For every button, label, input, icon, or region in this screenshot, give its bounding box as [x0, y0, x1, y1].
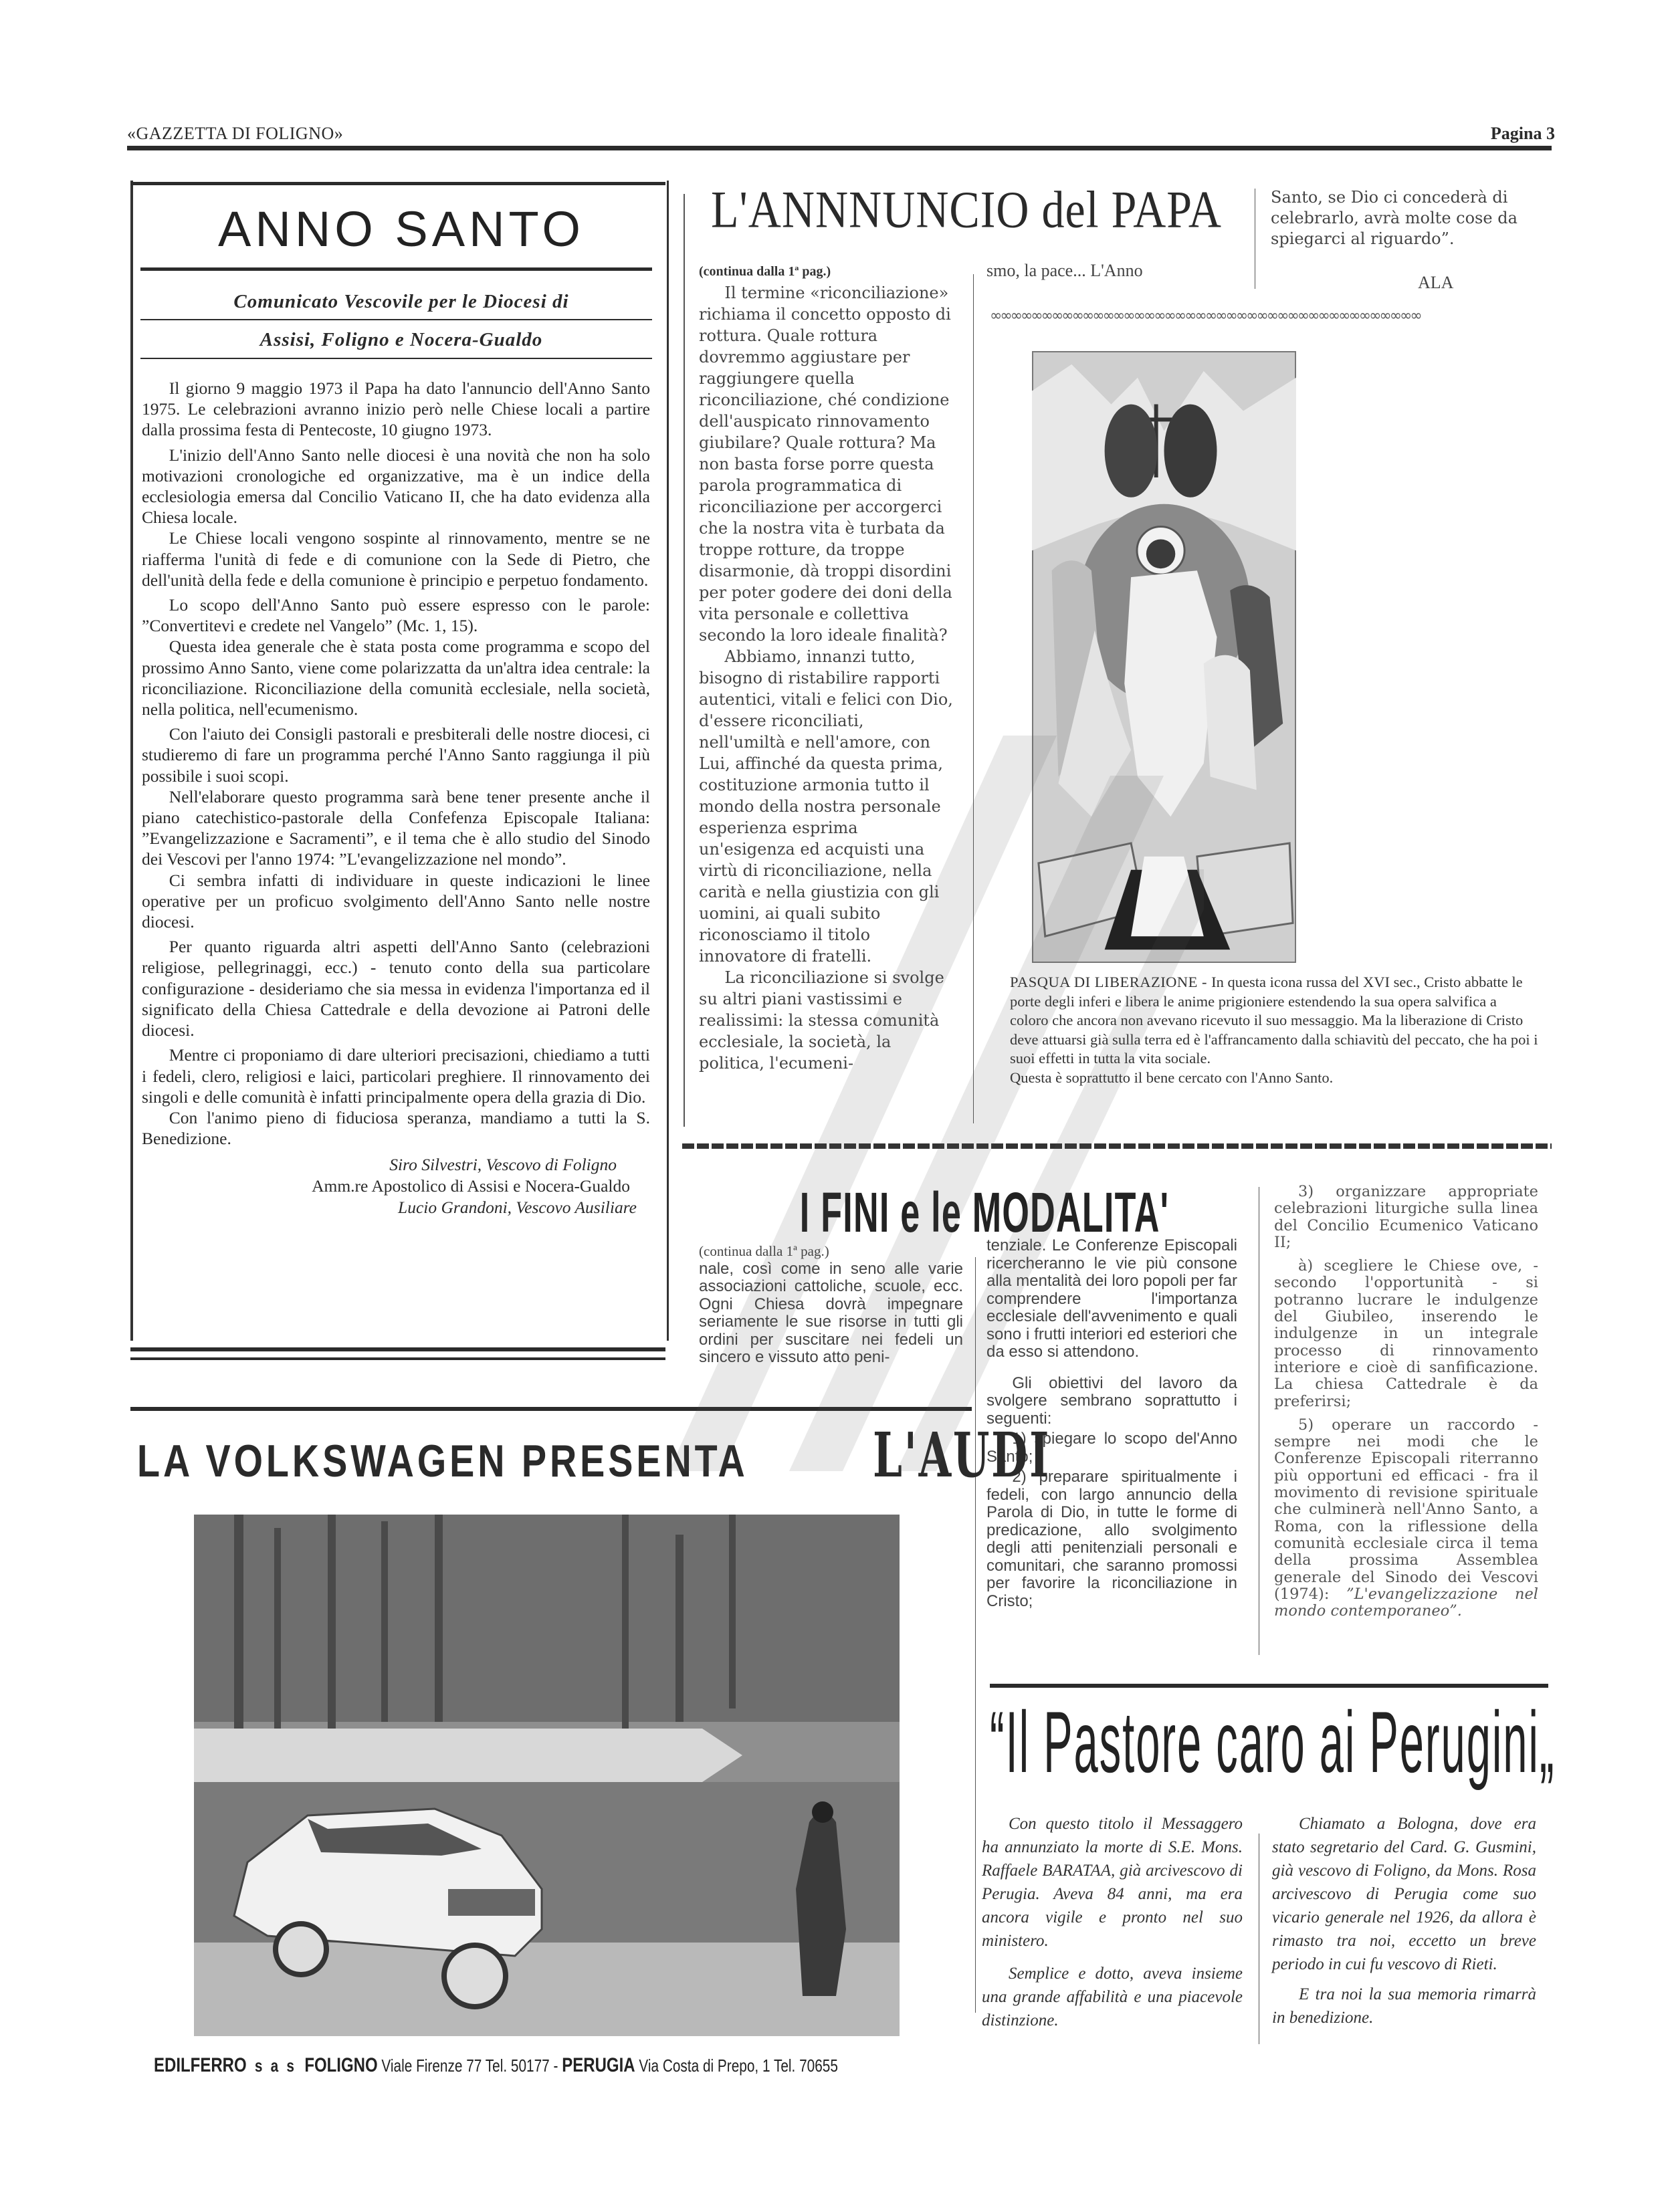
column-divider: [973, 274, 974, 1123]
paragraph: 3) organizzare appropriate celebrazioni …: [1274, 1184, 1538, 1251]
paragraph: Questa idea generale che è stata posta c…: [142, 636, 650, 720]
ad-headline: LA VOLKSWAGEN PRESENTA L'AUDI: [130, 1418, 973, 1491]
column-divider: [684, 194, 685, 1127]
paragraph: nale, così come in seno alle varie assoc…: [699, 1260, 963, 1367]
continued-note: (continua dalla 1ª pag.): [699, 1242, 963, 1260]
section-separator: [682, 1143, 1552, 1149]
paragraph: Per quanto riguarda altri aspetti dell'A…: [142, 936, 650, 1040]
anno-santo-subtitle-2: Assisi, Foligno e Nocera-Gualdo: [140, 329, 662, 351]
paragraph: La riconciliazione si svolge su altri pi…: [699, 967, 953, 1074]
header-rule: [127, 146, 1552, 150]
ad-top-rule: [130, 1357, 665, 1360]
dealer-name: EDILFERRO: [154, 2054, 247, 2076]
paragraph: à) scegliere le Chiese ove, - secondo l'…: [1274, 1258, 1538, 1410]
subtitle-rule-1: [140, 319, 652, 320]
chain-ornament-divider: ∞∞∞∞∞∞∞∞∞∞∞∞∞∞∞∞∞∞∞∞∞∞∞∞∞∞∞∞∞∞∞∞∞∞∞∞∞∞∞∞…: [990, 308, 1552, 321]
annuncio-column-1: (continua dalla 1ª pag.) Il termine «ric…: [699, 261, 953, 1074]
pastore-title: “Il Pastore caro ai Perugini„: [990, 1698, 1552, 1792]
pastore-top-rule: [990, 1684, 1548, 1688]
paragraph: Il termine «riconciliazione» richiama il…: [699, 282, 953, 646]
annuncio-title: L'ANNNUNCIO del PAPA: [689, 179, 1244, 240]
title-underline: [140, 267, 652, 271]
paragraph: L'inizio dell'Anno Santo nelle diocesi è…: [142, 445, 650, 528]
paragraph: Con l'animo pieno di fiduciosa speranza,…: [142, 1107, 650, 1149]
paragraph: Ci sembra infatti di individuare in ques…: [142, 870, 650, 933]
publication-name: «GAZZETTA DI FOLIGNO»: [127, 124, 343, 144]
dealer-address-2: Via Costa di Prepo, 1 Tel. 70655: [639, 2056, 838, 2076]
paragraph: E tra noi la sua memoria rimarrà in bene…: [1272, 1983, 1536, 2029]
column-divider: [1259, 1834, 1259, 2044]
paragraph: Abbiamo, innanzi tutto, bisogno di rista…: [699, 646, 953, 967]
ad-headline-part1: LA VOLKSWAGEN PRESENTA: [137, 1435, 748, 1487]
paragraph: Il giorno 9 maggio 1973 il Papa ha dato …: [142, 378, 650, 441]
dealer-city-1: FOLIGNO: [304, 2054, 377, 2076]
signature-1: Siro Silvestri, Vescovo di Foligno: [142, 1154, 650, 1176]
signature-2: Amm.re Apostolico di Assisi e Nocera-Gua…: [142, 1176, 650, 1197]
russian-icon-image: [1032, 351, 1296, 963]
anno-santo-title: ANNO SANTO: [140, 201, 662, 257]
box-bottom-rule: [130, 1347, 665, 1351]
paragraph: Semplice e dotto, aveva insieme una gran…: [982, 1962, 1243, 2032]
paragraph-text: 5) operare un raccordo - sempre nei modi…: [1274, 1416, 1538, 1603]
audi-car-photo: [194, 1515, 900, 2036]
paragraph: Nell'elaborare questo programma sarà ben…: [142, 786, 650, 870]
annuncio-column-2: smo, la pace... L'Anno: [986, 261, 1231, 281]
column-divider: [1255, 189, 1255, 289]
column-divider: [975, 1257, 976, 2013]
dealer-sas: s a s: [255, 2056, 296, 2076]
dealer-city-2: PERUGIA: [562, 2054, 635, 2076]
box-top-rule: [130, 182, 665, 185]
paragraph: Con questo titolo il Messaggero ha annun…: [982, 1812, 1243, 1953]
signature-3: Lucio Grandoni, Vescovo Ausiliare: [142, 1197, 650, 1218]
fini-column-3: 3) organizzare appropriate celebrazioni …: [1274, 1184, 1538, 1620]
ad-headline-part2: L'AUDI: [873, 1419, 1051, 1491]
caption-lead: PASQUA DI LIBERAZIONE -: [1010, 974, 1211, 990]
dealer-address-1: Viale Firenze 77 Tel. 50177 -: [381, 2056, 558, 2076]
author-initials: ALA: [1418, 273, 1453, 293]
anno-santo-subtitle-1: Comunicato Vescovile per le Diocesi di: [140, 291, 662, 313]
continued-note: (continua dalla 1ª pag.): [699, 261, 953, 282]
page-number: Pagina 3: [1491, 124, 1555, 144]
ad-rule: [130, 1407, 972, 1411]
paragraph: tenziale. Le Conferenze Episcopali ricer…: [986, 1237, 1237, 1361]
ad-dealer-footer: EDILFERRO s a s FOLIGNO Viale Firenze 77…: [154, 2054, 812, 2077]
paragraph: Chiamato a Bologna, dove era stato segre…: [1272, 1812, 1536, 1976]
pastore-headline: “Il Pastore caro ai Perugini„: [990, 1692, 1556, 1792]
pastore-column-2: Chiamato a Bologna, dove era stato segre…: [1272, 1812, 1536, 2029]
annuncio-column-3: Santo, se Dio ci concederà di celebrarlo…: [1271, 187, 1538, 249]
fini-title: I FINI e le MODALITA': [800, 1180, 1140, 1245]
paragraph: Mentre ci proponiamo di dare ulteriori p…: [142, 1044, 650, 1107]
paragraph: Lo scopo dell'Anno Santo può essere espr…: [142, 594, 650, 636]
fini-column-1: (continua dalla 1ª pag.) nale, così come…: [699, 1242, 963, 1367]
pastore-column-1: Con questo titolo il Messaggero ha annun…: [982, 1812, 1243, 2032]
icon-caption: PASQUA DI LIBERAZIONE - In questa icona …: [1010, 973, 1538, 1087]
caption-last: Questa è soprattutto il bene cercato con…: [1010, 1069, 1333, 1086]
paragraph: Con l'aiuto dei Consigli pastorali e pre…: [142, 724, 650, 786]
paragraph: 5) operare un raccordo - sempre nei modi…: [1274, 1417, 1538, 1620]
anno-santo-body: Il giorno 9 maggio 1973 il Papa ha dato …: [142, 378, 650, 1218]
column-divider: [1259, 1187, 1259, 1655]
subtitle-rule-2: [140, 358, 652, 359]
paragraph: Le Chiese locali vengono sospinte al rin…: [142, 528, 650, 590]
